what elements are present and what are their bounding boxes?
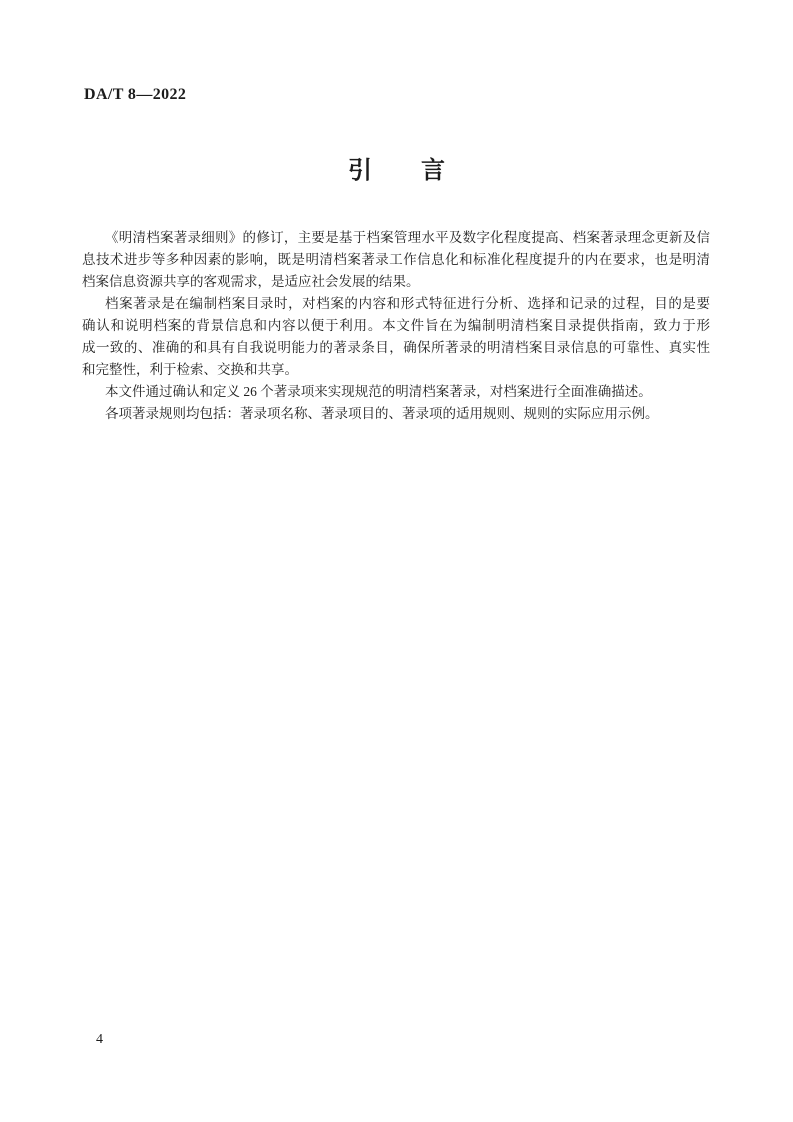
body-text-line: 档案著录是在编制档案目录时，对档案的内容和形式特征进行分析、选择和记录的过程，目… bbox=[82, 293, 710, 315]
body-text-line: 和完整性，利于检索、交换和共享。 bbox=[82, 359, 710, 381]
body-text-line: 确认和说明档案的背景信息和内容以便于利用。本文件旨在为编制明清档案目录提供指南，… bbox=[82, 315, 710, 337]
body-text-line: 息技术进步等多种因素的影响，既是明清档案著录工作信息化和标准化程度提升的内在要求… bbox=[82, 249, 710, 271]
page-title: 引言 bbox=[0, 155, 793, 187]
body-text-line: 成一致的、准确的和具有自我说明能力的著录条目，确保所著录的明清档案目录信息的可靠… bbox=[82, 337, 710, 359]
page-number: 4 bbox=[96, 1032, 103, 1048]
document-page: DA/T 8—2022 引言 《明清档案著录细则》的修订，主要是基于档案管理水平… bbox=[0, 0, 793, 1122]
standard-number-header: DA/T 8—2022 bbox=[84, 86, 186, 104]
document-body: 《明清档案著录细则》的修订，主要是基于档案管理水平及数字化程度提高、档案著录理念… bbox=[82, 227, 710, 425]
body-text-line: 档案信息资源共享的客观需求，是适应社会发展的结果。 bbox=[82, 271, 710, 293]
body-text-line: 各项著录规则均包括：著录项名称、著录项目的、著录项的适用规则、规则的实际应用示例… bbox=[82, 403, 710, 425]
body-text-line: 《明清档案著录细则》的修订，主要是基于档案管理水平及数字化程度提高、档案著录理念… bbox=[82, 227, 710, 249]
body-text-line: 本文件通过确认和定义 26 个著录项来实现规范的明清档案著录，对档案进行全面准确… bbox=[82, 381, 710, 403]
